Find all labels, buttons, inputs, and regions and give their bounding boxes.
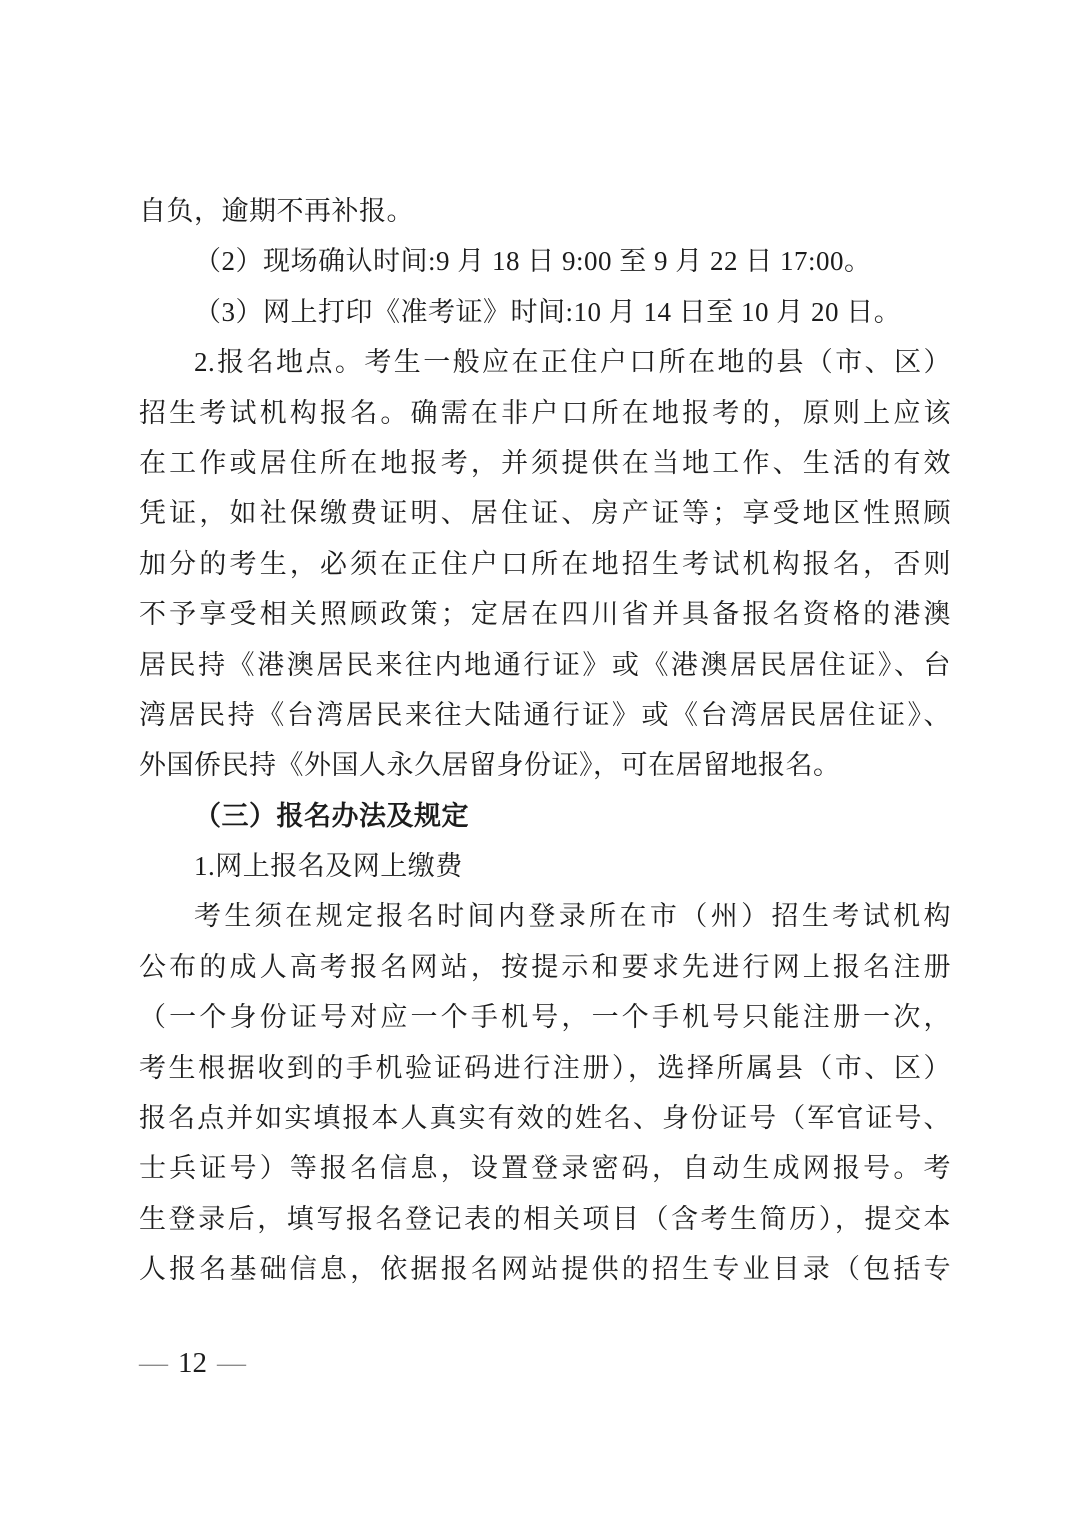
text-line-12: 外国侨民持《外国人永久居留身份证》，可在居留地报名。 <box>139 740 951 790</box>
text-line-18: 考生根据收到的手机验证码进行注册），选择所属县（市、区） <box>139 1043 951 1093</box>
text-line-5: 招生考试机构报名。确需在非户口所在地报考的，原则上应该 <box>139 388 951 438</box>
text-line-3: （3）网上打印《准考证》时间:10 月 14 日至 10 月 20 日。 <box>139 287 951 337</box>
document-page: 自负，逾期不再补报。（2）现场确认时间:9 月 18 日 9:00 至 9 月 … <box>0 0 1080 1527</box>
text-line-4: 2.报名地点。考生一般应在正住户口所在地的县（市、区） <box>139 337 951 387</box>
text-line-7: 凭证，如社保缴费证明、居住证、房产证等；享受地区性照顾 <box>139 488 951 538</box>
page-number-right-dash: — <box>217 1347 246 1379</box>
text-line-10: 居民持《港澳居民来往内地通行证》或《港澳居民居住证》、台 <box>139 640 951 690</box>
text-line-19: 报名点并如实填报本人真实有效的姓名、身份证号（军官证号、 <box>139 1093 951 1143</box>
page-number: —12— <box>139 1340 246 1386</box>
text-line-16: 公布的成人高考报名网站，按提示和要求先进行网上报名注册 <box>139 942 951 992</box>
page-number-value: 12 <box>178 1347 207 1379</box>
text-line-8: 加分的考生，必须在正住户口所在地招生考试机构报名，否则 <box>139 539 951 589</box>
text-line-20: 士兵证号）等报名信息，设置登录密码，自动生成网报号。考 <box>139 1143 951 1193</box>
text-line-13: （三）报名办法及规定 <box>139 791 951 841</box>
text-line-14: 1.网上报名及网上缴费 <box>139 841 951 891</box>
text-line-1: 自负，逾期不再补报。 <box>139 186 951 236</box>
text-line-15: 考生须在规定报名时间内登录所在市（州）招生考试机构 <box>139 891 951 941</box>
document-body: 自负，逾期不再补报。（2）现场确认时间:9 月 18 日 9:00 至 9 月 … <box>139 186 951 1295</box>
page-number-left-dash: — <box>139 1347 168 1379</box>
text-line-9: 不予享受相关照顾政策；定居在四川省并具备报名资格的港澳 <box>139 589 951 639</box>
text-line-2: （2）现场确认时间:9 月 18 日 9:00 至 9 月 22 日 17:00… <box>139 236 951 286</box>
text-line-11: 湾居民持《台湾居民来往大陆通行证》或《台湾居民居住证》、 <box>139 690 951 740</box>
text-line-6: 在工作或居住所在地报考，并须提供在当地工作、生活的有效 <box>139 438 951 488</box>
text-line-21: 生登录后，填写报名登记表的相关项目（含考生简历），提交本 <box>139 1194 951 1244</box>
text-line-17: （一个身份证号对应一个手机号，一个手机号只能注册一次， <box>139 992 951 1042</box>
text-line-22: 人报名基础信息，依据报名网站提供的招生专业目录（包括专 <box>139 1244 951 1294</box>
